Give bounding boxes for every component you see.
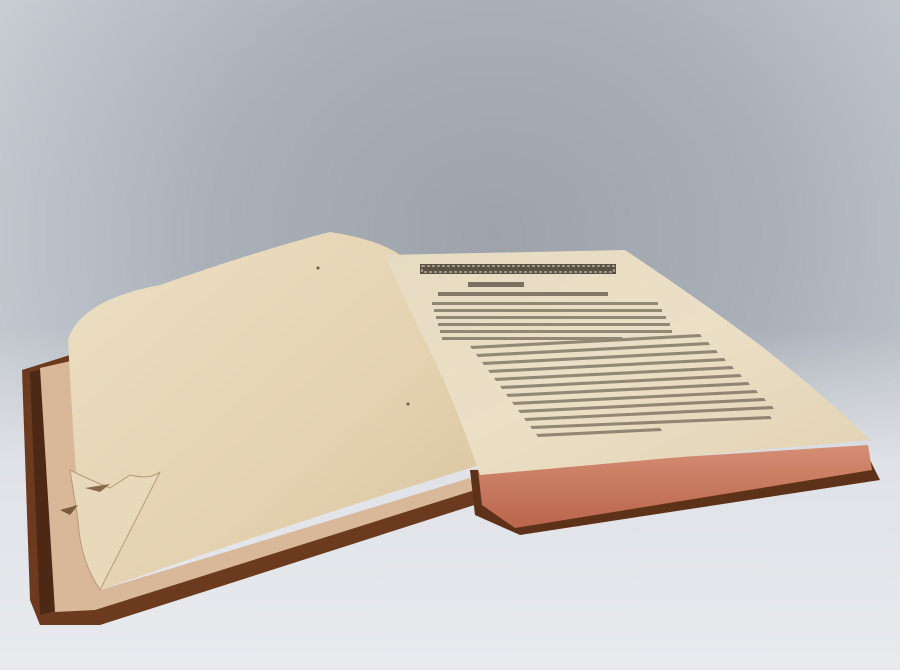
book-illustration: [0, 0, 900, 670]
photo-scene: [0, 0, 900, 670]
ornamental-header: [420, 264, 616, 274]
